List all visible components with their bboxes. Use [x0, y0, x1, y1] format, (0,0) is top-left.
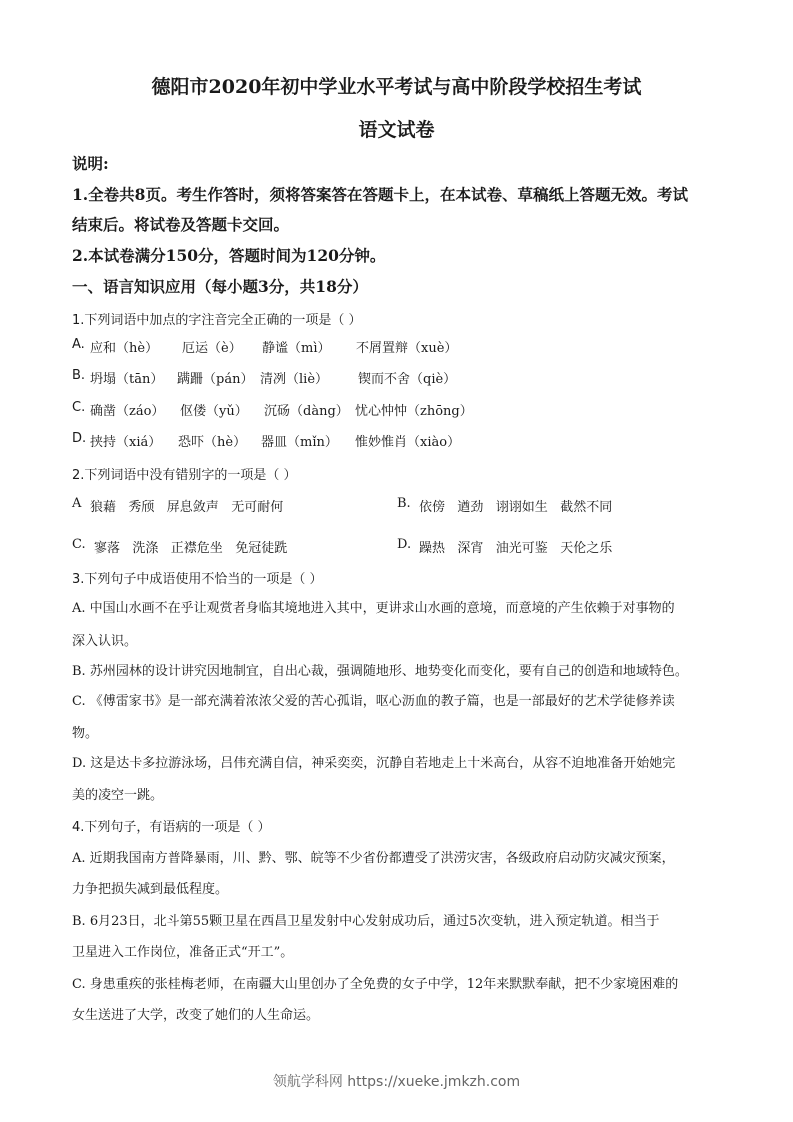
q4-option-b-line1: B. 6月23日，北斗第55颗卫星在西昌卫星发射中心发射成功后，通过5次变轨，进… — [72, 910, 659, 929]
q4-option-b-line2: 卫星进入工作岗位，准备正式“开工”。 — [72, 941, 293, 960]
q4-option-a-line2: 力争把损失减到最低程度。 — [72, 878, 228, 897]
q3-option-d-line2: 美的凌空一跳。 — [72, 784, 163, 803]
q2-option-c: 寥落 洗涤 正襟危坐 免冠徒跣 — [94, 537, 287, 556]
q4-stem: 4.下列句子，有语病的一项是（ ） — [72, 816, 271, 835]
option-label: C. — [72, 400, 85, 415]
option-item: 蹒跚（pán） — [177, 368, 253, 387]
q2-option-b: 依傍 遒劲 诩诩如生 截然不同 — [419, 496, 612, 515]
option-item: 静谧（mì） — [262, 337, 331, 356]
instructions-label: 说明: — [72, 152, 109, 174]
option-item: 挟持（xiá） — [90, 431, 161, 450]
option-item: 沉砀（dàng） — [264, 400, 349, 419]
q2-option-a: 狼藉 秀颀 屏息敛声 无可耐何 — [90, 496, 283, 515]
exam-page: 德阳市2020年初中学业水平考试与高中阶段学校招生考试 语文试卷 说明: 1.全… — [0, 0, 793, 1122]
option-item: 惟妙惟肖（xiào） — [355, 431, 460, 450]
option-item: 忧心忡忡（zhōng） — [355, 400, 473, 419]
q4-option-c-line1: C. 身患重疾的张桂梅老师，在南疆大山里创办了全免费的女子中学，12年来默默奉献… — [72, 973, 678, 992]
option-item: 不屑置辩（xuè） — [356, 337, 457, 356]
q4-option-c-line2: 女生送进了大学，改变了她们的人生命运。 — [72, 1004, 319, 1023]
instruction-2: 2.本试卷满分150分，答题时间为120分钟。 — [72, 244, 385, 266]
q3-option-a-line2: 深入认识。 — [72, 630, 137, 649]
q2-option-d: 躁热 深宵 油光可鉴 天伦之乐 — [419, 537, 612, 556]
q2-option-d-label: D. — [397, 537, 411, 552]
q3-option-d-line1: D. 这是达卡多拉游泳场，吕伟充满自信，神采奕奕，沉静自若地走上十米高台，从容不… — [72, 752, 675, 771]
q3-option-c-line1: C. 《傅雷家书》是一部充满着浓浓父爱的苦心孤诣，呕心沥血的教子篇，也是一部最好… — [72, 690, 675, 709]
exam-subtitle: 语文试卷 — [0, 115, 793, 142]
q2-option-a-label: A — [72, 496, 81, 511]
q2-option-c-label: C. — [72, 537, 86, 552]
option-item: 伛偻（yǔ） — [180, 400, 248, 419]
q3-stem: 3.下列句子中成语使用不恰当的一项是（ ） — [72, 568, 323, 587]
instruction-1-line1: 1.全卷共8页。考生作答时，须将答案答在答题卡上，在本试卷、草稿纸上答题无效。考… — [72, 183, 688, 205]
q2-stem: 2.下列词语中没有错别字的一项是（ ） — [72, 464, 297, 483]
q1-stem: 1.下列词语中加点的字注音完全正确的一项是（ ） — [72, 309, 362, 328]
option-item: 坍塌（tān） — [90, 368, 163, 387]
watermark-footer: 领航学科网 https://xueke.jmkzh.com — [0, 1071, 793, 1091]
q2-option-b-label: B. — [397, 496, 411, 511]
option-item: 清冽（liè） — [260, 368, 328, 387]
q3-option-b: B. 苏州园林的设计讲究因地制宜，自出心裁，强调随地形、地势变化而变化，要有自己… — [72, 660, 688, 679]
exam-title: 德阳市2020年初中学业水平考试与高中阶段学校招生考试 — [0, 72, 793, 99]
option-item: 应和（hè） — [90, 337, 158, 356]
option-item: 确凿（záo） — [90, 400, 164, 419]
q3-option-a-line1: A. 中国山水画不在乎让观赏者身临其境地进入其中，更讲求山水画的意境，而意境的产… — [72, 597, 675, 616]
option-item: 恐吓（hè） — [178, 431, 246, 450]
instruction-1-line2: 结束后。将试卷及答题卡交回。 — [72, 213, 289, 235]
q3-option-c-line2: 物。 — [72, 722, 98, 741]
option-label: B. — [72, 368, 85, 383]
section-1-heading: 一、语言知识应用（每小题3分，共18分） — [72, 275, 368, 297]
q4-option-a-line1: A. 近期我国南方普降暴雨，川、黔、鄂、皖等不少省份都遭受了洪涝灾害，各级政府启… — [72, 847, 675, 866]
option-label: D. — [72, 431, 86, 446]
option-item: 锲而不舍（qiè） — [358, 368, 456, 387]
option-item: 器皿（mǐn） — [261, 431, 338, 450]
option-label: A. — [72, 337, 85, 352]
option-item: 厄运（è） — [182, 337, 242, 356]
